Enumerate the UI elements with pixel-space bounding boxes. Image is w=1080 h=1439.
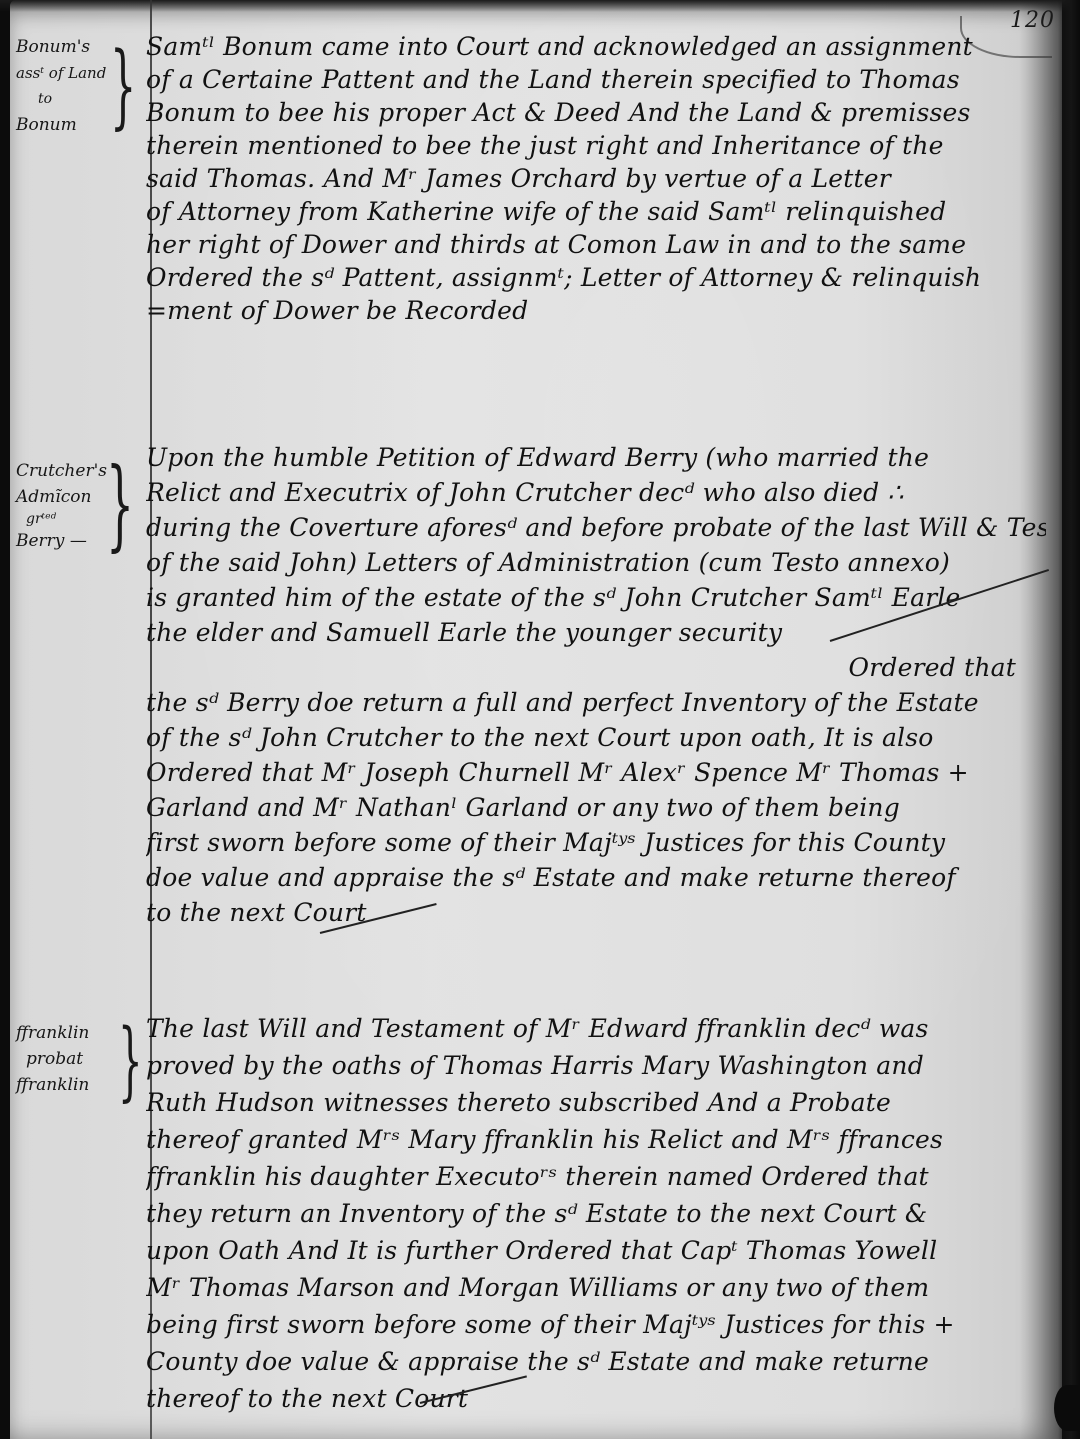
margin-note-line: probat bbox=[16, 1046, 124, 1072]
margin-note-line: Bonum's bbox=[16, 34, 124, 60]
curly-brace-icon: } bbox=[110, 40, 136, 132]
page-binding-shadow bbox=[1058, 0, 1080, 1439]
entry-line: Ruth Hudson witnesses thereto subscribed… bbox=[146, 1084, 1046, 1121]
entry-line: Relict and Executrix of John Crutcher de… bbox=[146, 475, 1046, 510]
entry-line: doe value and appraise the sᵈ Estate and… bbox=[146, 860, 1046, 895]
margin-note-line: Bonum bbox=[16, 112, 124, 138]
entry-line: Bonum to bee his proper Act & Deed And t… bbox=[146, 96, 1046, 129]
entry-line: Upon the humble Petition of Edward Berry… bbox=[146, 440, 1046, 475]
entry-line: upon Oath And It is further Ordered that… bbox=[146, 1232, 1046, 1269]
entry-line: first sworn before some of their Majᵗʸˢ … bbox=[146, 825, 1046, 860]
entry-line: Ordered the sᵈ Pattent, assignmᵗ; Letter… bbox=[146, 261, 1046, 294]
entry-line: Samᵗˡ Bonum came into Court and acknowle… bbox=[146, 30, 1046, 63]
entry-line: of Attorney from Katherine wife of the s… bbox=[146, 195, 1046, 228]
binding-hole bbox=[1054, 1385, 1080, 1431]
curly-brace-icon: } bbox=[106, 456, 134, 554]
entry-franklin-probate: The last Will and Testament of Mʳ Edward… bbox=[146, 1010, 1046, 1417]
entry-crutcher-administration: Upon the humble Petition of Edward Berry… bbox=[146, 440, 1046, 930]
entry-line: being first sworn before some of their M… bbox=[146, 1306, 1046, 1343]
entry-line: Mʳ Thomas Marson and Morgan Williams or … bbox=[146, 1269, 1046, 1306]
entry-line: =ment of Dower be Recorded bbox=[146, 294, 1046, 327]
entry-line: Garland and Mʳ Nathanˡ Garland or any tw… bbox=[146, 790, 1046, 825]
entry-line: thereof to the next Court bbox=[146, 1380, 1046, 1417]
page-top-shadow bbox=[0, 0, 1080, 12]
margin-note-line: ffranklin bbox=[16, 1020, 124, 1046]
margin-note-line: to bbox=[16, 86, 124, 112]
entry-bonum-assignment: Samᵗˡ Bonum came into Court and acknowle… bbox=[146, 30, 1046, 327]
entry-line: proved by the oaths of Thomas Harris Mar… bbox=[146, 1047, 1046, 1084]
entry-line: The last Will and Testament of Mʳ Edward… bbox=[146, 1010, 1046, 1047]
entry-line: the sᵈ Berry doe return a full and perfe… bbox=[146, 685, 1046, 720]
entry-line: Ordered that bbox=[146, 650, 1046, 685]
entry-line: ffranklin his daughter Executoʳˢ therein… bbox=[146, 1158, 1046, 1195]
entry-line: said Thomas. And Mʳ James Orchard by ver… bbox=[146, 162, 1046, 195]
entry-line: County doe value & appraise the sᵈ Estat… bbox=[146, 1343, 1046, 1380]
entry-line: of the sᵈ John Crutcher to the next Cour… bbox=[146, 720, 1046, 755]
curly-brace-icon: } bbox=[118, 1018, 143, 1104]
margin-note-bonum: Bonum's assᵗ of Land to Bonum bbox=[16, 34, 124, 138]
entry-line: of a Certaine Pattent and the Land there… bbox=[146, 63, 1046, 96]
entry-line: they return an Inventory of the sᵈ Estat… bbox=[146, 1195, 1046, 1232]
entry-line: of the said John) Letters of Administrat… bbox=[146, 545, 1046, 580]
margin-note-franklin: ffranklin probat ffranklin bbox=[16, 1020, 124, 1098]
entry-line: during the Coverture aforesᵈ and before … bbox=[146, 510, 1046, 545]
margin-note-line: assᵗ of Land bbox=[16, 60, 124, 86]
entry-line: is granted him of the estate of the sᵈ J… bbox=[146, 580, 1046, 615]
entry-line: the elder and Samuell Earle the younger … bbox=[146, 615, 1046, 650]
entry-line: to the next Court bbox=[146, 895, 1046, 930]
margin-note-line: ffranklin bbox=[16, 1072, 124, 1098]
entry-line: her right of Dower and thirds at Comon L… bbox=[146, 228, 1046, 261]
entry-line: therein mentioned to bee the just right … bbox=[146, 129, 1046, 162]
entry-line: Ordered that Mʳ Joseph Churnell Mʳ Alexʳ… bbox=[146, 755, 1046, 790]
entry-line: thereof granted Mʳˢ Mary ffranklin his R… bbox=[146, 1121, 1046, 1158]
